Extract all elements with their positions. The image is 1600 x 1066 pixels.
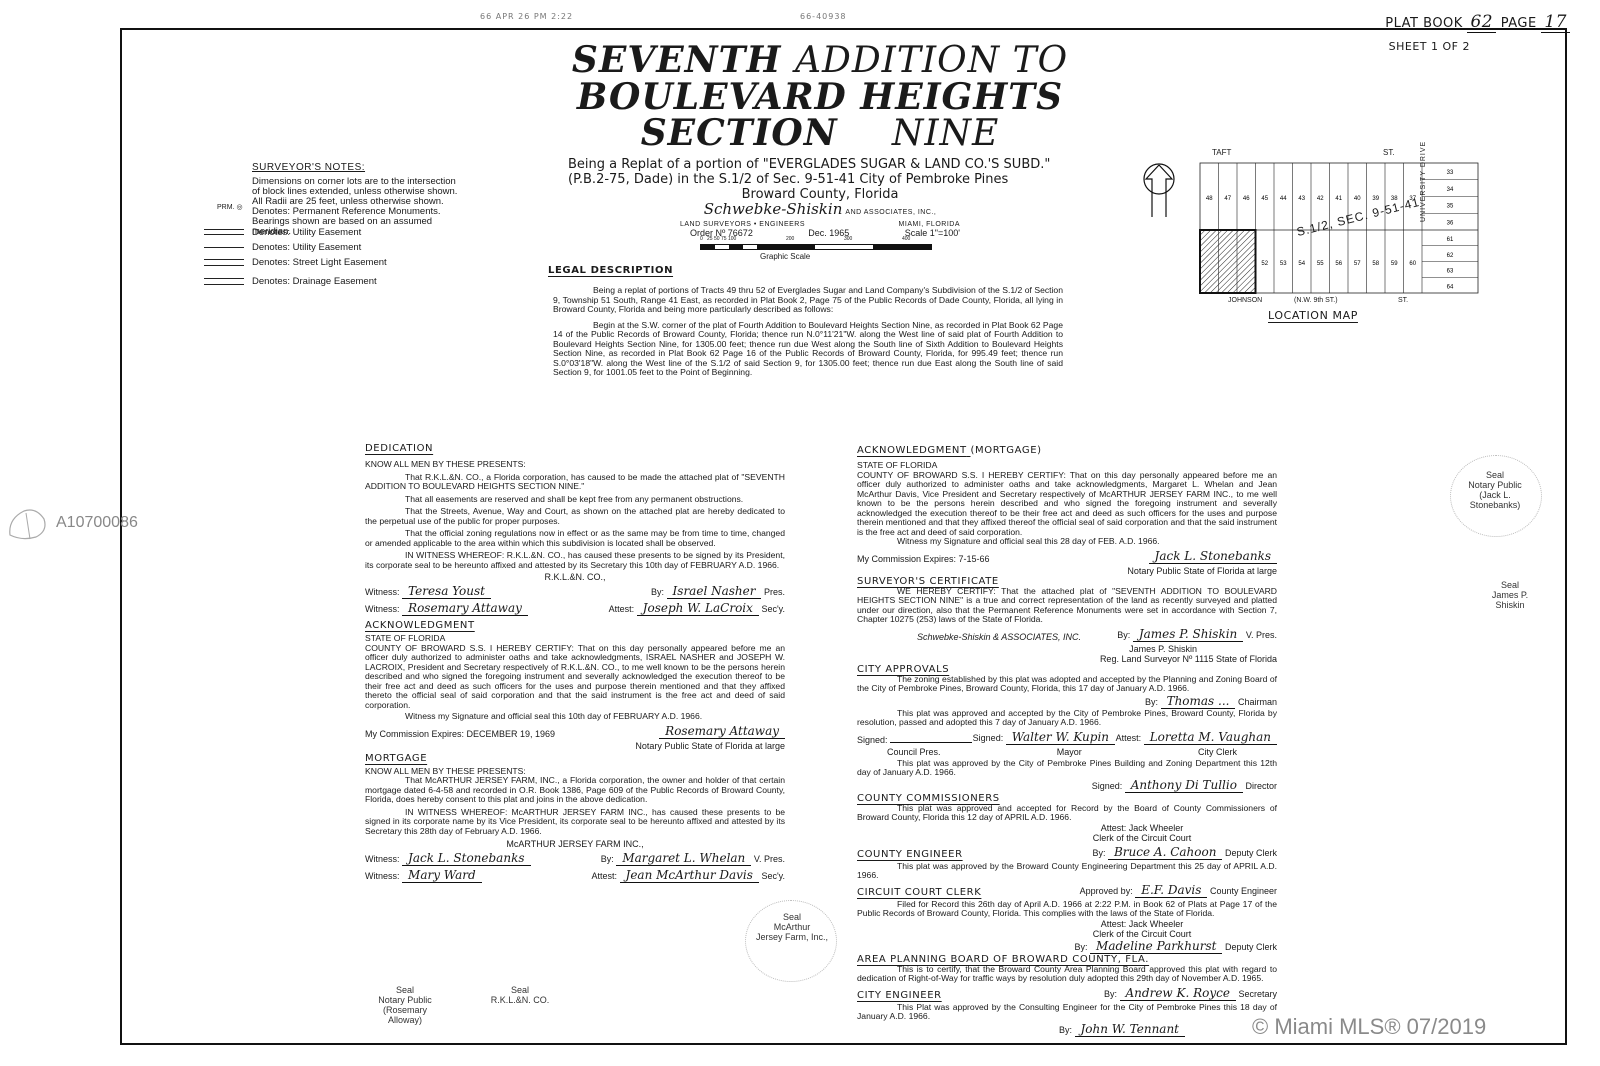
map-top-street: TAFT xyxy=(1212,148,1231,157)
city-engineer-signature: John W. Tennant xyxy=(1075,1022,1186,1037)
surveyors-certificate-body: WE HEREBY CERTIFY: That the attached pla… xyxy=(857,587,1277,625)
surveyor-title: V. Pres. xyxy=(1246,630,1277,640)
scale-tick: 50 xyxy=(714,236,720,242)
dedication-company: R.K.L.&N. CO., xyxy=(365,572,785,582)
svg-text:55: 55 xyxy=(1317,261,1324,267)
attest-label: Attest: xyxy=(591,871,617,881)
recording-stamp: 66 APR 26 PM 2:22 xyxy=(480,12,573,21)
svg-text:58: 58 xyxy=(1372,261,1379,267)
surveyor-registration: Reg. Land Surveyor Nº 1115 State of Flor… xyxy=(857,654,1277,664)
prm-symbol-label: PRM. ◎ xyxy=(217,203,243,211)
location-map-title: LOCATION MAP xyxy=(1268,309,1358,322)
ack-body: I HEREBY CERTIFY: That on this day perso… xyxy=(857,470,1277,537)
county-commissioners-heading: COUNTY COMMISSIONERS xyxy=(857,793,1277,804)
location-map: 4847464544434241403938375253545556575859… xyxy=(1192,158,1482,308)
legend-street-light-easement: Denotes: Street Light Easement xyxy=(200,255,387,269)
by-label: By: xyxy=(601,854,614,864)
scale-tick: 400 xyxy=(902,236,910,242)
seal-notary-alloway: Seal Notary Public (Rosemary Alloway) xyxy=(370,985,440,1025)
director-signature: Anthony Di Tullio xyxy=(1125,778,1243,793)
seal-mcarthur: Seal McArthur Jersey Farm, Inc., xyxy=(752,912,832,942)
area-planning-signature: Andrew K. Royce xyxy=(1120,986,1236,1001)
svg-text:64: 64 xyxy=(1447,284,1454,290)
ack-county: COUNTY OF BROWARD S.S. xyxy=(365,643,486,653)
witness-label: Witness: xyxy=(365,604,400,614)
street-light-easement-symbol-icon xyxy=(200,255,248,269)
copyright-watermark: © Miami MLS® 07/2019 xyxy=(1252,1014,1486,1040)
subtitle-line2: (P.B.2-75, Dade) in the S.1/2 of Sec. 9-… xyxy=(560,172,1080,187)
title-line1-rest: ADDITION TO xyxy=(795,40,1068,81)
chairman-title: Chairman xyxy=(1238,697,1277,707)
plat-scale: Scale 1"=100' xyxy=(905,228,960,238)
graphic-scale-label: Graphic Scale xyxy=(760,252,810,261)
witness-signature: Jack L. Stonebanks xyxy=(402,851,530,866)
map-side-street: UNIVERSITY DRIVE xyxy=(1420,141,1427,222)
svg-text:46: 46 xyxy=(1243,196,1250,202)
scale-tick: 100 xyxy=(728,236,736,242)
area-planning-title: Secretary xyxy=(1238,989,1277,999)
graphic-scale-bar xyxy=(700,244,932,250)
city-clerk-title: City Clerk xyxy=(1198,747,1237,757)
svg-text:34: 34 xyxy=(1447,187,1454,193)
county-commissioners-body: This plat was approved and accepted for … xyxy=(857,804,1277,823)
sheet-number: SHEET 1 OF 2 xyxy=(1389,40,1470,53)
mortgage-heading: MORTGAGE xyxy=(365,753,785,764)
ack-body: I HEREBY CERTIFY: That on this day perso… xyxy=(365,643,785,710)
notary-title: Notary Public State of Florida at large xyxy=(365,741,785,751)
county-clerk: Clerk of the Circuit Court xyxy=(1007,833,1277,843)
surveyors-certificate-heading: SURVEYOR'S CERTIFICATE xyxy=(857,576,1277,587)
drainage-easement-symbol-icon xyxy=(200,274,248,288)
seal-notary-stonebanks: Seal Notary Public (Jack L. Stonebanks) xyxy=(1455,470,1535,510)
legend-text: Denotes: Street Light Easement xyxy=(252,257,387,268)
city-engineer-heading: CITY ENGINEER xyxy=(857,990,942,1001)
mortgage-company: McARTHUR JERSEY FARM INC., xyxy=(365,839,785,849)
witness-signature: Mary Ward xyxy=(402,868,482,883)
svg-text:39: 39 xyxy=(1372,196,1379,202)
legal-description: LEGAL DESCRIPTION Being a replat of port… xyxy=(548,265,1063,378)
area-planning-heading: AREA PLANNING BOARD OF BROWARD COUNTY, F… xyxy=(857,954,1277,965)
city-engineer-body: This Plat was approved by the Consulting… xyxy=(857,1003,1277,1022)
city-approvals-zoning: The zoning established by this plat was … xyxy=(857,675,1277,694)
witness-label: Witness: xyxy=(365,587,400,597)
vice-president-signature: Margaret L. Whelan xyxy=(616,851,751,866)
surveyor-firm-block: Schwebke-Shiskin AND ASSOCIATES, INC., L… xyxy=(660,203,980,231)
approved-by-label: Approved by: xyxy=(1080,886,1133,896)
title-line3b: NINE xyxy=(892,113,1000,154)
ack-mortgage-heading: ACKNOWLEDGMENT xyxy=(857,445,967,456)
deputy-clerk-signature: Bruce A. Cahoon xyxy=(1108,845,1222,860)
mortgage-paragraph: That McARTHUR JERSEY FARM, INC., a Flori… xyxy=(365,776,785,805)
council-president-signature xyxy=(890,742,972,743)
circuit-attest: Attest: Jack Wheeler xyxy=(1007,919,1277,929)
firm-name: Schwebke-Shiskin xyxy=(704,200,843,218)
council-title: Council Pres. xyxy=(887,747,941,757)
scale-tick: 75 xyxy=(721,236,727,242)
county-engineer-body: This plat was approved by the Broward Co… xyxy=(857,862,1277,881)
city-approvals-resolution: This plat was approved and accepted by t… xyxy=(857,709,1277,728)
north-arrow-icon xyxy=(1140,162,1180,218)
map-top-street-suffix: ST. xyxy=(1383,148,1395,157)
firm-suffix: AND ASSOCIATES, INC., xyxy=(845,209,936,216)
chairman-signature: Thomas ... xyxy=(1161,694,1236,709)
secretary-signature: Joseph W. LaCroix xyxy=(637,601,759,616)
scale-tick: 25 xyxy=(707,236,713,242)
signed-label: Signed: xyxy=(973,733,1004,743)
svg-text:48: 48 xyxy=(1206,196,1213,202)
legend-drainage-easement: Denotes: Drainage Easement xyxy=(200,274,377,288)
county-attest: Attest: Jack Wheeler xyxy=(1007,823,1277,833)
surveyors-notes-heading: SURVEYOR'S NOTES: xyxy=(252,163,462,173)
dedication-paragraph: That all easements are reserved and shal… xyxy=(365,495,785,505)
svg-text:36: 36 xyxy=(1447,220,1454,226)
scale-tick: 200 xyxy=(786,236,794,242)
map-bottom-street-suffix: ST. xyxy=(1398,297,1408,304)
by-label: By: xyxy=(651,587,664,597)
legend-utility-easement-1: Denotes: Utility Easement xyxy=(200,225,361,239)
mls-logo-icon xyxy=(6,505,50,541)
vice-president-title: V. Pres. xyxy=(754,854,785,864)
notary-title: Notary Public State of Florida at large xyxy=(857,566,1277,576)
svg-text:43: 43 xyxy=(1298,196,1305,202)
ack-witness-line: Witness my Signature and official seal t… xyxy=(365,712,785,722)
svg-text:59: 59 xyxy=(1391,261,1398,267)
notary-signature: Rosemary Attaway xyxy=(659,724,785,739)
map-bottom-street-mid: (N.W. 9th ST.) xyxy=(1294,297,1338,304)
legal-description-heading: LEGAL DESCRIPTION xyxy=(548,265,1063,276)
utility-easement-symbol-icon xyxy=(200,240,248,254)
seal-shiskin: Seal James P. Shiskin xyxy=(1475,580,1545,610)
director-title: Director xyxy=(1245,781,1277,791)
city-clerk-signature: Loretta M. Vaughan xyxy=(1144,730,1277,745)
city-approvals-heading: CITY APPROVALS xyxy=(857,664,1277,675)
secretary-title: Sec'y. xyxy=(761,871,785,881)
county-engineer-title: County Engineer xyxy=(1210,886,1277,896)
acknowledgment-heading: ACKNOWLEDGMENT xyxy=(365,620,785,631)
circuit-court-clerk-heading: CIRCUIT COURT CLERK xyxy=(857,887,981,898)
county-engineer-signature: E.F. Davis xyxy=(1135,883,1207,898)
notary-signature: Jack L. Stonebanks xyxy=(1149,549,1277,564)
surveyor-signature: James P. Shiskin xyxy=(1133,627,1243,642)
legal-paragraph-1: Being a replat of portions of Tracts 49 … xyxy=(553,286,1063,315)
legend-text: Denotes: Utility Easement xyxy=(252,227,361,238)
svg-text:60: 60 xyxy=(1409,261,1416,267)
svg-text:45: 45 xyxy=(1261,196,1268,202)
surveyor-firm: Schwebke-Shiskin & ASSOCIATES, INC. xyxy=(857,632,1081,642)
svg-text:35: 35 xyxy=(1447,204,1454,210)
mortgage-witness-clause: IN WITNESS WHEREOF: McARTHUR JERSEY FARM… xyxy=(365,808,785,837)
scale-tick: 0 xyxy=(700,236,703,242)
svg-text:47: 47 xyxy=(1224,196,1231,202)
plat-title: SEVENTH ADDITION TO BOULEVARD HEIGHTS SE… xyxy=(560,42,1080,152)
witness-label: Witness: xyxy=(365,871,400,881)
deputy-clerk-title: Deputy Clerk xyxy=(1225,848,1277,858)
scale-tick: 300 xyxy=(844,236,852,242)
county-engineer-heading: COUNTY ENGINEER xyxy=(857,849,963,860)
utility-easement-symbol-icon xyxy=(200,225,248,239)
dedication-paragraph: That R.K.L.&N. CO., a Florida corporatio… xyxy=(365,473,785,492)
svg-text:52: 52 xyxy=(1261,261,1268,267)
dedication-paragraph: That the Streets, Avenue, Way and Court,… xyxy=(365,507,785,526)
president-title: Pres. xyxy=(764,587,785,597)
witness-signature: Rosemary Attaway xyxy=(402,601,528,616)
surveyor-name: James P. Shiskin xyxy=(857,644,1277,654)
president-signature: Israel Nasher xyxy=(667,584,762,599)
ack-witness-line: Witness my Signature and official seal t… xyxy=(857,537,1277,547)
svg-text:63: 63 xyxy=(1447,269,1454,275)
attest-label: Attest: xyxy=(1116,733,1142,743)
svg-text:44: 44 xyxy=(1280,196,1287,202)
listing-watermark: A10700086 xyxy=(6,505,138,541)
svg-text:61: 61 xyxy=(1447,237,1454,243)
seal-rkln: Seal R.K.L.&N. CO. xyxy=(485,985,555,1005)
ack-commission-expires: My Commission Expires: 7-15-66 xyxy=(857,554,990,564)
right-column-certificates: ACKNOWLEDGMENT (MORTGAGE) STATE OF FLORI… xyxy=(857,445,1277,1037)
title-line2: BOULEVARD HEIGHTS xyxy=(560,79,1080,115)
title-word-seventh: SEVENTH xyxy=(572,39,782,81)
svg-text:56: 56 xyxy=(1335,261,1342,267)
legend-text: Denotes: Drainage Easement xyxy=(252,276,377,287)
ack-commission-expires: My Commission Expires: DECEMBER 19, 1969 xyxy=(365,729,555,739)
area-planning-body: This is to certify, that the Broward Cou… xyxy=(857,965,1277,984)
svg-text:33: 33 xyxy=(1447,170,1454,176)
svg-text:42: 42 xyxy=(1317,196,1324,202)
signed-label: Signed: xyxy=(857,735,888,745)
circuit-deputy-clerk-title: Deputy Clerk xyxy=(1225,942,1277,952)
dedication-paragraph: That the official zoning regulations now… xyxy=(365,529,785,548)
circuit-court-clerk-body: Filed for Record this 26th day of April … xyxy=(857,900,1277,919)
circuit-clerk: Clerk of the Circuit Court xyxy=(1007,929,1277,939)
witness-signature: Teresa Youst xyxy=(402,584,491,599)
legal-paragraph-2: Begin at the S.W. corner of the plat of … xyxy=(553,321,1063,378)
svg-text:57: 57 xyxy=(1354,261,1361,267)
building-zoning-approval: This plat was approved by the City of Pe… xyxy=(857,759,1277,778)
secretary-signature: Jean McArthur Davis xyxy=(620,868,759,883)
mayor-title: Mayor xyxy=(1057,747,1082,757)
svg-text:62: 62 xyxy=(1447,253,1454,259)
witness-label: Witness: xyxy=(365,854,400,864)
listing-id: A10700086 xyxy=(56,514,138,532)
subtitle-line1: Being a Replat of a portion of "EVERGLAD… xyxy=(560,157,1080,172)
dedication-witness-clause: IN WITNESS WHEREOF: R.K.L.&N. CO., has c… xyxy=(365,551,785,570)
secretary-title: Sec'y. xyxy=(761,604,785,614)
map-bottom-street: JOHNSON xyxy=(1228,297,1262,304)
legend-utility-easement-2: Denotes: Utility Easement xyxy=(200,240,361,254)
svg-text:41: 41 xyxy=(1335,196,1342,202)
circuit-deputy-clerk-signature: Madeline Parkhurst xyxy=(1090,939,1222,954)
ack-mortgage-heading-suffix: (MORTGAGE) xyxy=(971,445,1042,456)
title-line3a: SECTION xyxy=(641,112,838,154)
mayor-signature: Walter W. Kupin xyxy=(1006,730,1115,745)
svg-text:40: 40 xyxy=(1354,196,1361,202)
attest-label: Attest: xyxy=(609,604,635,614)
plat-subtitle: Being a Replat of a portion of "EVERGLAD… xyxy=(560,157,1080,202)
ack-county: COUNTY OF BROWARD S.S. xyxy=(857,470,978,480)
dedication-section: DEDICATION KNOW ALL MEN BY THESE PRESENT… xyxy=(365,443,785,885)
dedication-intro: KNOW ALL MEN BY THESE PRESENTS: xyxy=(365,460,785,470)
svg-text:53: 53 xyxy=(1280,261,1287,267)
dedication-heading: DEDICATION xyxy=(365,443,785,454)
legend-text: Denotes: Utility Easement xyxy=(252,242,361,253)
svg-text:54: 54 xyxy=(1298,261,1305,267)
instrument-number: 66-40938 xyxy=(800,12,847,21)
